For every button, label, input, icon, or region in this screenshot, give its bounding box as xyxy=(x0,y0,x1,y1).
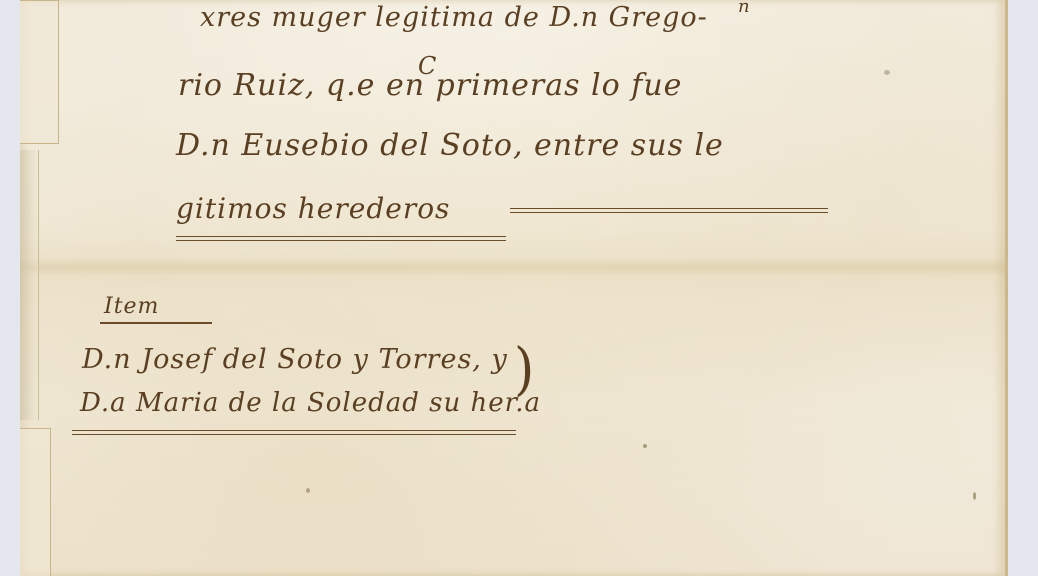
brace-mark: ) xyxy=(514,337,534,403)
line-filler-rule xyxy=(510,208,828,213)
manuscript-line-3: D.n Eusebio del Soto, entre sus le xyxy=(176,128,724,163)
item-heading-underline xyxy=(100,322,212,324)
underline-rule xyxy=(176,236,506,241)
item-heading: Item xyxy=(104,294,159,319)
scanned-document: n xres muger legitima de D.n Grego- C ri… xyxy=(0,0,1038,576)
ink-speck xyxy=(884,70,890,75)
item-line-2: D.a Maria de la Soledad su her.a xyxy=(80,388,541,418)
manuscript-line-1: xres muger legitima de D.n Grego- xyxy=(200,2,708,33)
paper-fold xyxy=(20,258,1005,276)
item-line-1: D.n Josef del Soto y Torres, y xyxy=(82,344,508,375)
ink-speck xyxy=(306,488,310,493)
superscript-mark: n xyxy=(738,0,750,17)
manuscript-line-2: rio Ruiz, q.e en primeras lo fue xyxy=(178,68,682,103)
manuscript-line-4: gitimos herederos xyxy=(176,192,450,225)
ink-speck xyxy=(973,492,976,500)
ink-speck xyxy=(643,444,647,448)
item-underline-rule xyxy=(72,430,516,435)
